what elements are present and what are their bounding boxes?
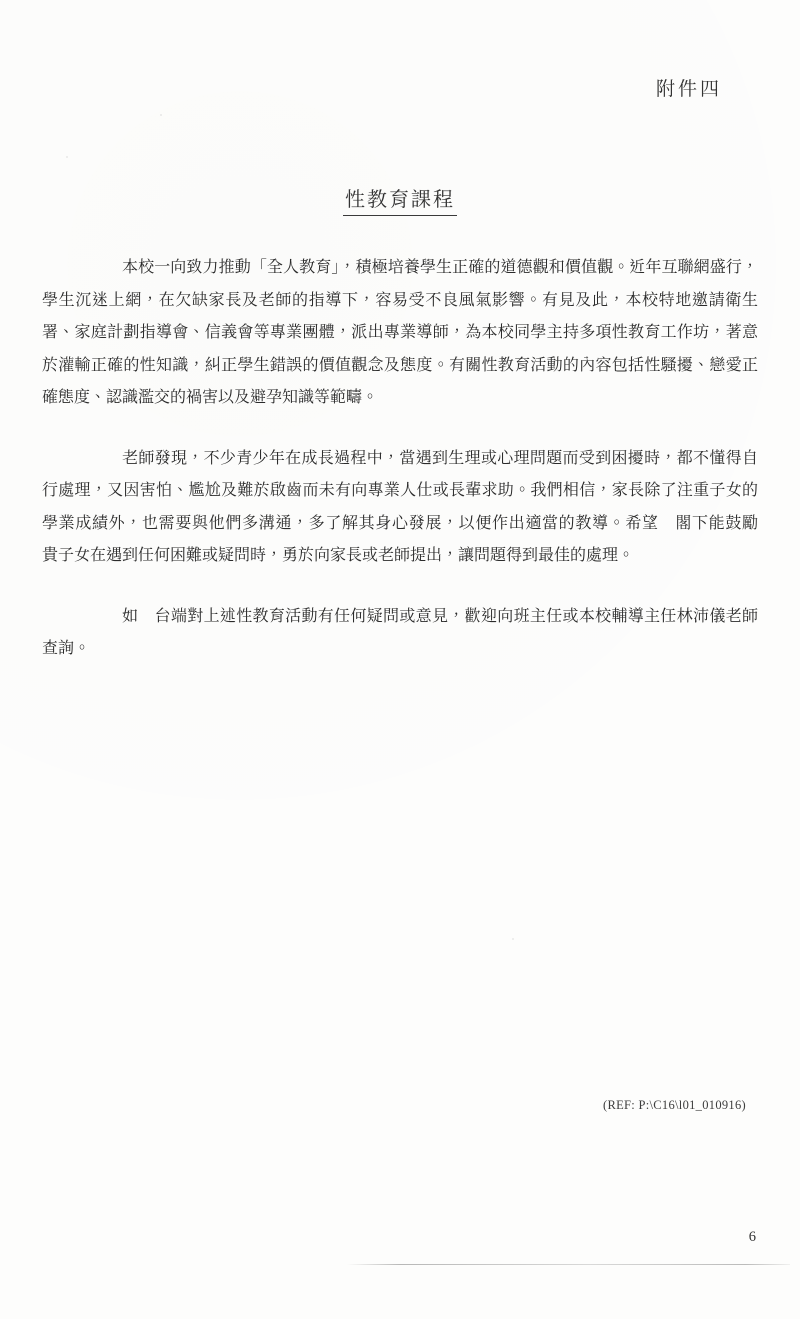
scanned-letter-page: 附件四 性教育課程 本校一向致力推動「全人教育」，積極培養學生正確的道德觀和價值…	[0, 0, 800, 1319]
scan-speckle	[512, 938, 514, 940]
document-title: 性教育課程	[0, 183, 800, 216]
paragraph-enquiry: 如 台端對上述性教育活動有任何疑問或意見，歡迎向班主任或本校輔導主任林沛儀老師查…	[42, 601, 758, 666]
page-number: 6	[749, 1229, 756, 1246]
paragraph-intro: 本校一向致力推動「全人教育」，積極培養學生正確的道德觀和價值觀。近年互聯網盛行，…	[42, 252, 758, 415]
letter-body: 本校一向致力推動「全人教育」，積極培養學生正確的道德觀和價值觀。近年互聯網盛行，…	[42, 252, 758, 694]
attachment-label: 附件四	[656, 74, 722, 101]
scan-speckle	[66, 156, 68, 158]
scan-speckle	[160, 114, 162, 116]
paragraph-advice: 老師發現，不少青少年在成長過程中，當遇到生理或心理問題而受到困擾時，都不懂得自行…	[42, 443, 758, 573]
document-title-text: 性教育課程	[343, 183, 457, 216]
file-reference: (REF: P:\C16\l01_010916)	[603, 1098, 746, 1113]
scan-artifact-line	[347, 1264, 790, 1265]
